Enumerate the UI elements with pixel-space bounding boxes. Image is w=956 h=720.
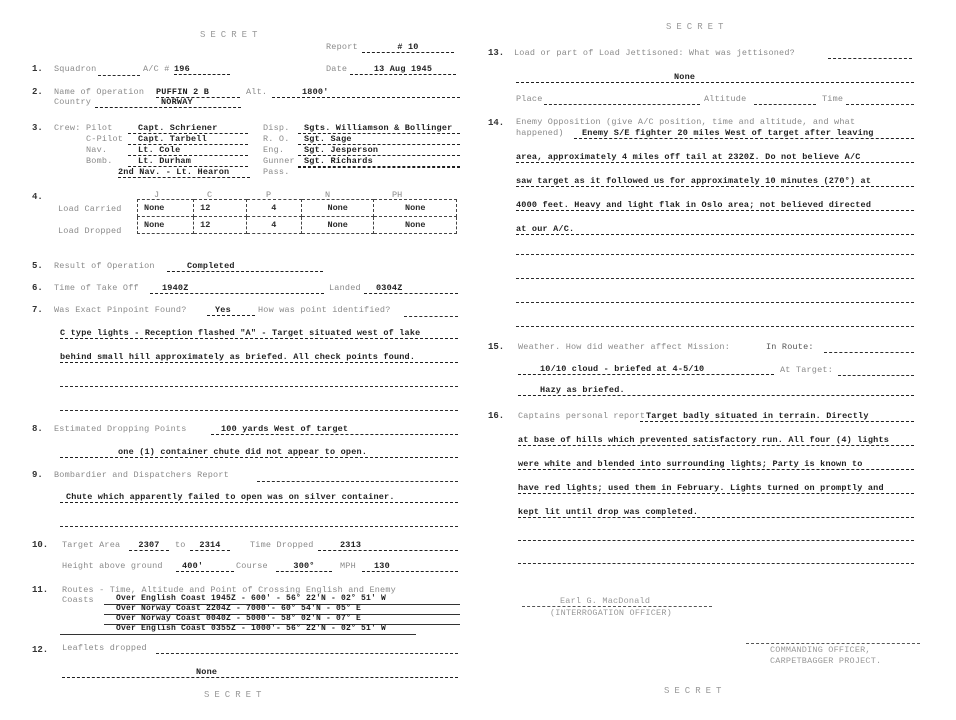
load-cell: None — [374, 217, 457, 234]
item-number-8: 8. — [32, 424, 43, 434]
load-carried-label: Load Carried — [58, 204, 122, 214]
signature-name: Earl G. MacDonald — [560, 596, 650, 606]
height-value: 400' — [176, 561, 234, 572]
identified-label: How was point identified? — [258, 305, 391, 315]
crew-role-label: Pilot — [86, 123, 113, 133]
mph-label: MPH — [340, 561, 356, 571]
load-cell: 12 — [194, 200, 247, 217]
place-label: Place — [516, 94, 543, 104]
weather-label: Weather. How did weather affect Mission: — [518, 342, 730, 352]
item-number-11: 11. — [32, 585, 48, 595]
item-number-7: 7. — [32, 305, 43, 315]
jettisoned-value: None — [516, 72, 914, 83]
result-label: Result of Operation — [54, 261, 155, 271]
item-number-12: 12. — [32, 645, 48, 655]
load-table: None124NoneNoneNone124NoneNone — [137, 199, 457, 234]
course-value: 300° — [276, 561, 332, 572]
report-page-right: SECRET 13. Load or part of Load Jettison… — [478, 0, 956, 720]
squadron-line — [98, 75, 140, 76]
crew-role-label: Eng. — [263, 145, 284, 155]
item-number-1: 1. — [32, 64, 43, 74]
blank-line — [60, 410, 458, 411]
load-cell: None — [301, 200, 374, 217]
load-cell: None — [374, 200, 457, 217]
crew-label: Crew: — [54, 123, 81, 133]
item-number-6: 6. — [32, 283, 43, 293]
target-area-label: Target Area — [62, 540, 120, 550]
crew-role-label: Gunner — [263, 156, 295, 166]
takeoff-value: 1940Z — [150, 283, 324, 294]
jettison-time-line — [846, 104, 914, 105]
target-area-from: 2307 — [129, 540, 169, 551]
signature-line — [522, 606, 712, 607]
opposition-line: Enemy S/E fighter 20 miles West of targe… — [574, 128, 914, 139]
crew-member-name: Capt. Schriener — [128, 123, 248, 134]
blank-line — [516, 278, 914, 279]
dropping-points-label: Estimated Dropping Points — [54, 424, 187, 434]
country-value: NORWAY — [95, 97, 241, 108]
blank-line — [518, 540, 914, 541]
landed-label: Landed — [329, 283, 361, 293]
report-page-left: SECRET Report # 10 1. Squadron A/C # 196… — [0, 0, 478, 720]
identified-line-1: C type lights - Reception flashed "A" - … — [60, 328, 458, 339]
place-line — [544, 104, 700, 105]
crew-role-label: Pass. — [263, 167, 290, 177]
opposition-line: at our A/C. — [516, 224, 914, 235]
crew-member-name: Sgts. Williamson & Bollinger — [298, 123, 460, 134]
item-number-2: 2. — [32, 87, 43, 97]
crew-role-label: Nav. — [86, 145, 107, 155]
route-line: Over Norway Coast 2204Z - 7000'- 60° 54'… — [116, 604, 361, 613]
course-label: Course — [236, 561, 268, 571]
identified-line — [404, 316, 458, 317]
leaflets-label: Leaflets dropped — [62, 643, 147, 653]
route-underline — [60, 634, 416, 635]
blank-line — [518, 563, 914, 564]
en-route-value: 10/10 cloud - briefed at 4-5/10 — [518, 364, 774, 375]
at-target-label: At Target: — [780, 365, 833, 375]
jettison-time-label: Time — [822, 94, 843, 104]
captains-report-line: at base of hills which prevented satisfa… — [518, 435, 914, 446]
jettisoned-label: Load or part of Load Jettisoned: What wa… — [514, 48, 795, 58]
at-target-line — [838, 375, 914, 376]
load-cell: None — [138, 200, 194, 217]
crew-role-label: R. O. — [263, 134, 290, 144]
commanding-project: CARPETBAGGER PROJECT. — [770, 656, 881, 666]
load-cell: 4 — [246, 200, 301, 217]
report-number: # 10 — [362, 42, 454, 53]
dropping-points-value: 100 yards West of target — [211, 424, 458, 435]
leaflets-line — [156, 653, 458, 654]
blank-line — [60, 526, 458, 527]
load-row: None124NoneNone — [138, 217, 457, 234]
date-label: Date — [326, 64, 347, 74]
blank-line — [516, 326, 914, 327]
jettisoned-line — [828, 58, 912, 59]
captains-report-line: Target badly situated in terrain. Direct… — [640, 411, 914, 422]
item-number-10: 10. — [32, 540, 48, 550]
jettison-altitude-line — [754, 104, 816, 105]
item-number-16: 16. — [488, 411, 504, 421]
aircraft-number: 196 — [174, 64, 230, 75]
route-line: Over English Coast 0355Z - 1000'- 56° 22… — [116, 624, 386, 633]
target-area-to-label: to — [175, 540, 186, 550]
load-dropped-label: Load Dropped — [58, 226, 122, 236]
bombardier-label: Bombardier and Dispatchers Report — [54, 470, 229, 480]
secret-footer: SECRET — [204, 690, 266, 700]
date-value: 13 Aug 1945 — [350, 64, 456, 75]
crew-member-name: Sgt. Jesperson — [298, 145, 460, 156]
item-number-3: 3. — [32, 123, 43, 133]
landed-value: 0304Z — [364, 283, 458, 294]
commanding-signature-line — [746, 643, 920, 644]
blank-line — [60, 386, 458, 387]
item-number-15: 15. — [488, 342, 504, 352]
captains-report-label: Captains personal report — [518, 411, 645, 421]
secret-header: SECRET — [666, 22, 728, 32]
aircraft-label: A/C # — [143, 64, 170, 74]
load-row: None124NoneNone — [138, 200, 457, 217]
load-cell: None — [138, 217, 194, 234]
crew-member-name — [298, 167, 460, 168]
item-number-4: 4. — [32, 192, 43, 202]
opposition-label: Enemy Opposition (give A/C position, tim… — [516, 117, 855, 127]
operation-label: Name of Operation — [54, 87, 144, 97]
at-target-value: Hazy as briefed. — [518, 385, 914, 396]
load-cell: 12 — [194, 217, 247, 234]
route-line: Over Norway Coast 0040Z - 5000'- 58° 02'… — [116, 614, 361, 623]
crew-role-label: Disp. — [263, 123, 290, 133]
secret-header: SECRET — [200, 30, 262, 40]
crew-member-name: Lt. Durham — [128, 156, 248, 167]
identified-line-2: behind small hill approximately as brief… — [60, 352, 458, 363]
time-dropped-label: Time Dropped — [250, 540, 314, 550]
signature-title: (INTERROGATION OFFICER) — [550, 608, 672, 618]
route-line: Over English Coast 1945Z - 600' - 56° 22… — [116, 594, 386, 603]
item-number-5: 5. — [32, 261, 43, 271]
opposition-line: area, approximately 4 miles off tail at … — [516, 152, 914, 163]
jettison-altitude-label: Altitude — [704, 94, 746, 104]
altitude-value: 1800' — [272, 87, 460, 98]
secret-footer: SECRET — [664, 686, 726, 696]
crew-member-name: Lt. Cole — [128, 145, 248, 156]
opposition-label-2: happened) — [516, 128, 564, 138]
time-dropped-value: 2313 — [318, 540, 458, 551]
pinpoint-label: Was Exact Pinpoint Found? — [54, 305, 187, 315]
opposition-line: saw target as it followed us for approxi… — [516, 176, 914, 187]
country-label: Country — [54, 97, 91, 107]
result-value: Completed — [167, 261, 323, 272]
bombardier-report: Chute which apparently failed to open wa… — [60, 492, 458, 503]
squadron-label: Squadron — [54, 64, 96, 74]
mph-value: 130 — [362, 561, 458, 572]
commanding-title: COMMANDING OFFICER, — [770, 645, 871, 655]
captains-report-line: were white and blended into surrounding … — [518, 459, 914, 470]
load-cell: 4 — [246, 217, 301, 234]
en-route-line — [824, 352, 914, 353]
item-number-13: 13. — [488, 48, 504, 58]
pinpoint-value: Yes — [207, 305, 255, 316]
takeoff-label: Time of Take Off — [54, 283, 139, 293]
crew-role-label: Bomb. — [86, 156, 113, 166]
item-number-9: 9. — [32, 470, 43, 480]
crew-member-name: Sgt. Richards — [298, 156, 460, 167]
en-route-label: In Route: — [766, 342, 814, 352]
leaflets-value: None — [62, 667, 458, 678]
blank-line — [516, 302, 914, 303]
bombardier-line — [257, 481, 458, 482]
load-cell: None — [301, 217, 374, 234]
report-label: Report — [326, 42, 358, 52]
target-area-to: 2314 — [190, 540, 230, 551]
routes-label-2: Coasts — [62, 595, 94, 605]
captains-report-line: have red lights; used them in February. … — [518, 483, 914, 494]
crew-member-name: 2nd Nav. - Lt. Hearon — [118, 167, 250, 178]
captains-report-line: kept lit until drop was completed. — [518, 507, 914, 518]
item-number-14: 14. — [488, 118, 504, 128]
crew-member-name: Capt. Tarbell — [128, 134, 248, 145]
altitude-label: Alt. — [246, 87, 267, 97]
crew-role-label: C-Pilot — [86, 134, 123, 144]
blank-line — [516, 254, 914, 255]
opposition-line: 4000 feet. Heavy and light flak in Oslo … — [516, 200, 914, 211]
height-label: Height above ground — [62, 561, 163, 571]
crew-member-name: Sgt. Sage — [298, 134, 460, 145]
dropping-points-line-2: one (1) container chute did not appear t… — [60, 447, 458, 458]
